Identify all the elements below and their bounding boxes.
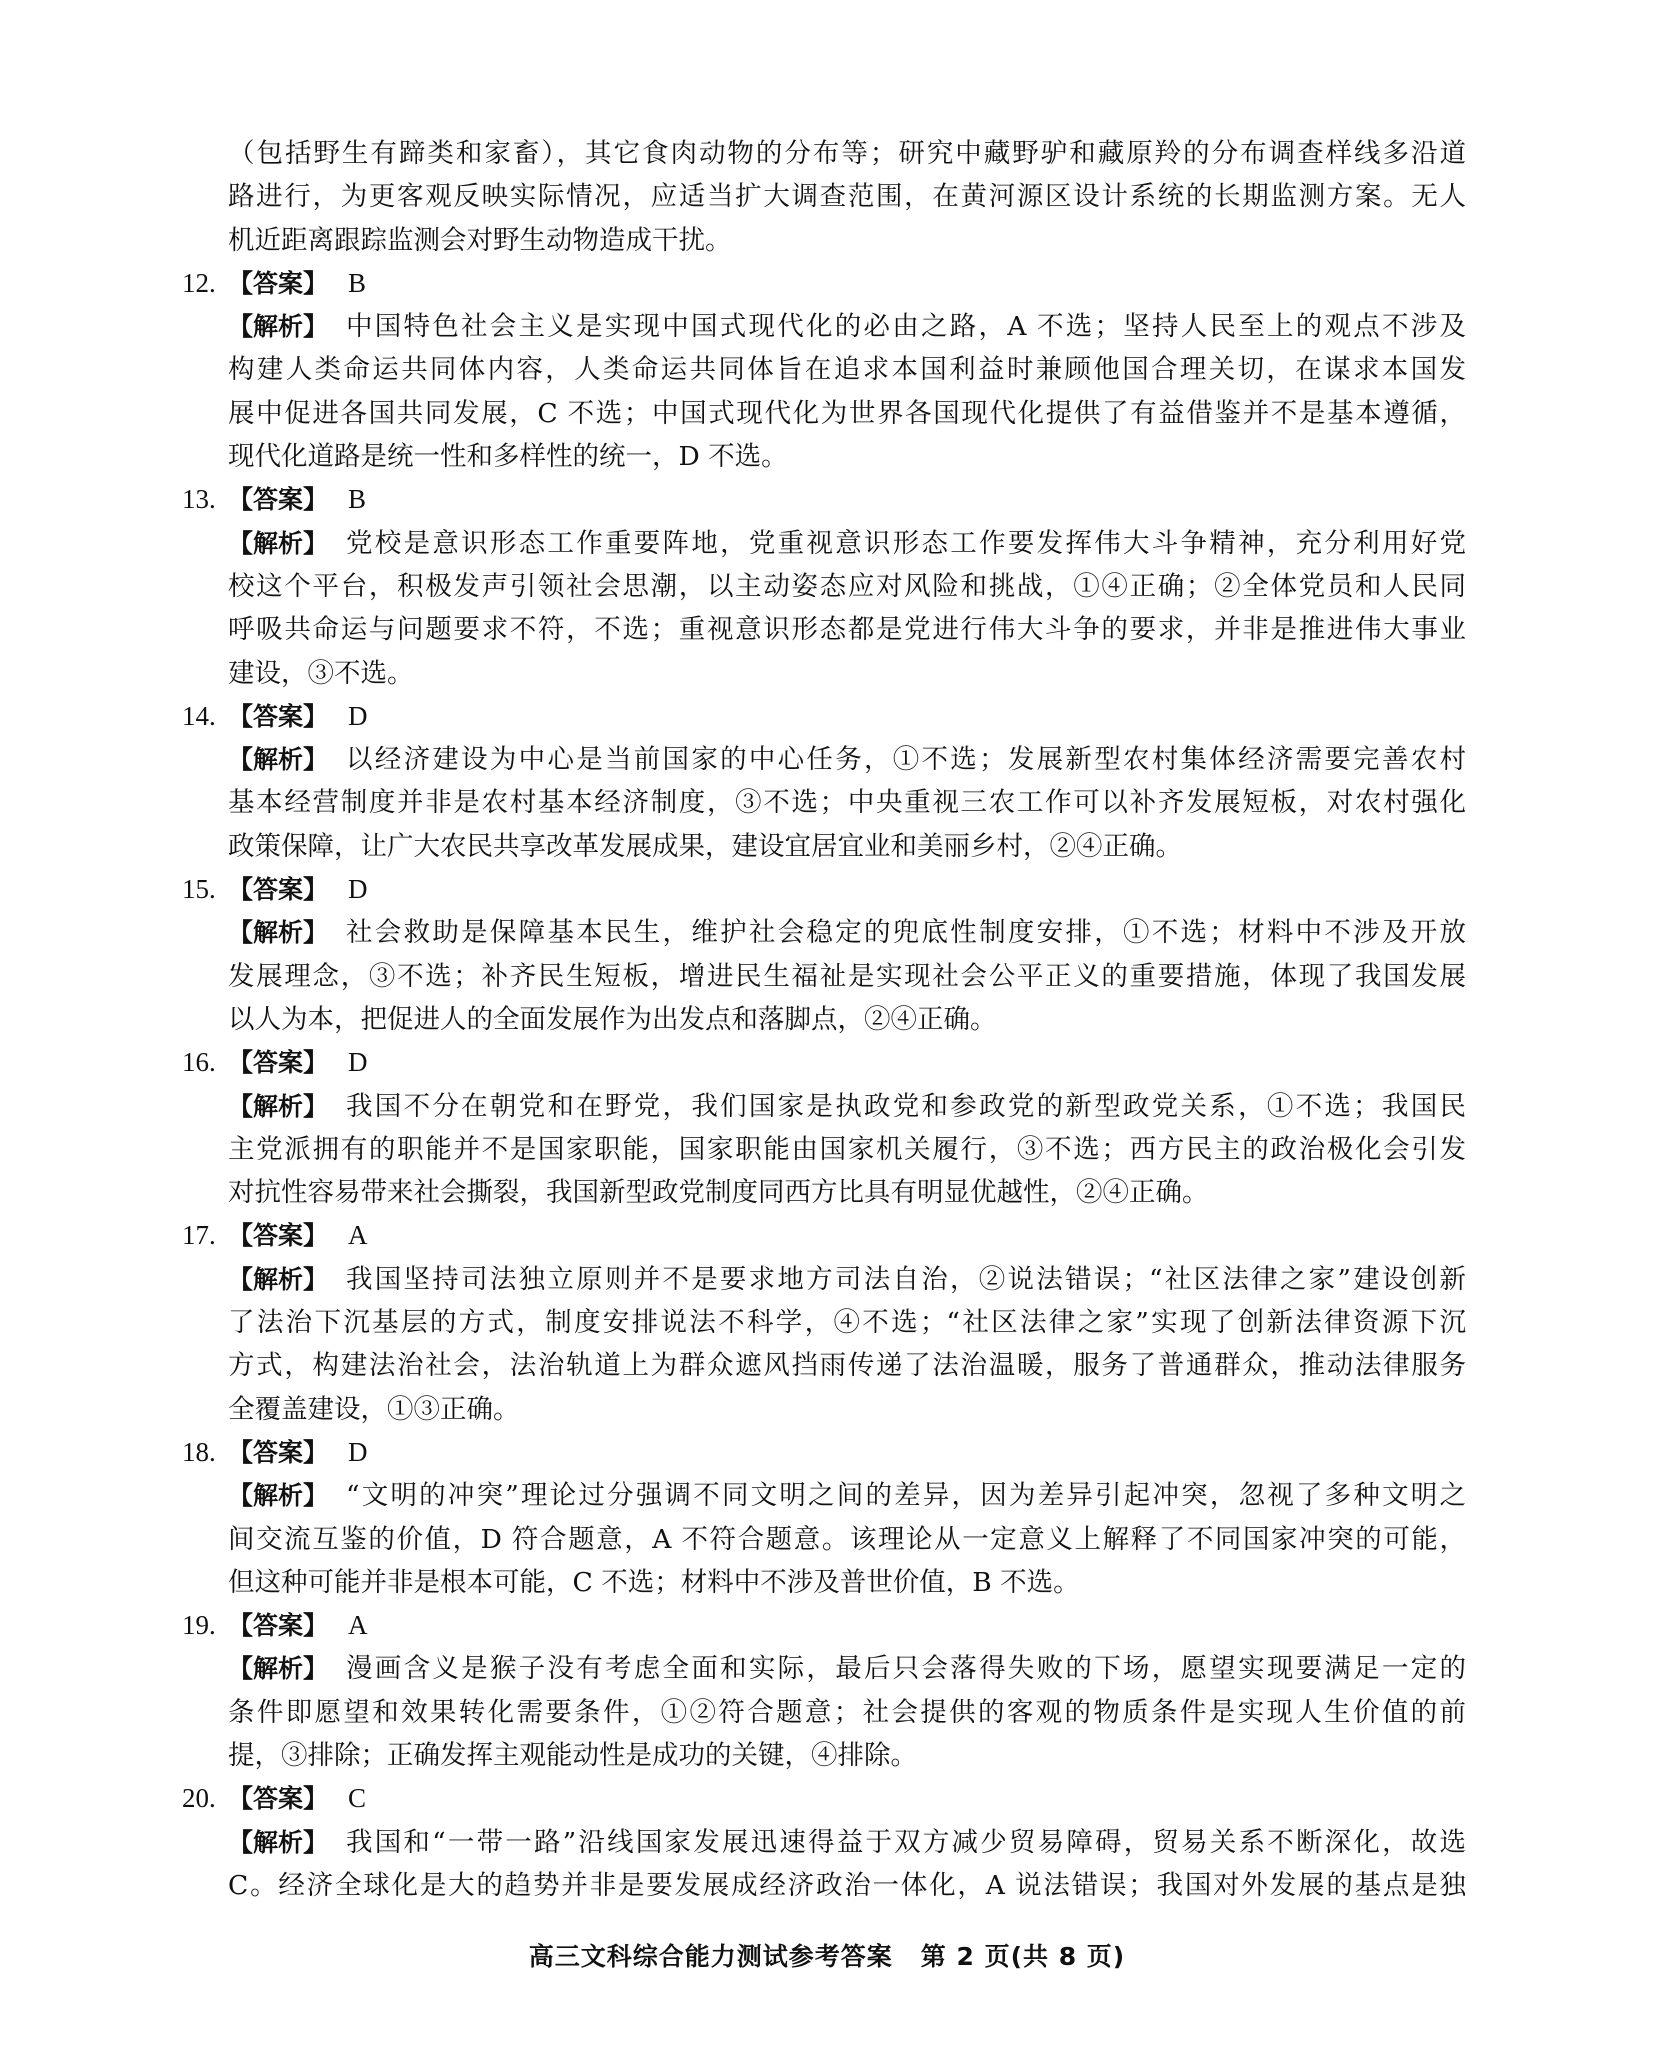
text-line: 路进行，为更客观反映实际情况，应适当扩大调查范围，在黄河源区设计系统的长期监测方…	[228, 175, 1466, 218]
answer-row: 12.【答案】B	[228, 262, 1466, 305]
analysis-label: 【解析】	[228, 522, 328, 565]
intro-paragraph: （包括野生有蹄类和家畜），其它食肉动物的分布等；研究中藏野驴和藏原羚的分布调查样…	[228, 132, 1466, 262]
answer-label: 【答案】	[228, 1611, 328, 1640]
analysis-line: 构建人类命运共同体内容，人类命运共同体旨在追求本国利益时兼顾他国合理关切，在谋求…	[228, 348, 1466, 391]
answer-value: A	[348, 1610, 368, 1640]
answer-value: D	[348, 1437, 368, 1467]
analysis-text: 党校是意识形态工作重要阵地，党重视意识形态工作要发挥伟大斗争精神，充分利用好党	[346, 522, 1466, 565]
question-number: 16.	[182, 1041, 216, 1084]
answer-row: 18.【答案】D	[228, 1431, 1466, 1474]
question-item: 18.【答案】D【解析】“文明的冲突”理论过分强调不同文明之间的差异，因为差异引…	[228, 1431, 1466, 1604]
question-number: 17.	[182, 1214, 216, 1257]
answer-label: 【答案】	[228, 1221, 328, 1250]
answer-row: 17.【答案】A	[228, 1214, 1466, 1257]
analysis-label: 【解析】	[228, 1258, 328, 1301]
question-item: 12.【答案】B【解析】中国特色社会主义是实现中国式现代化的必由之路，A 不选；…	[228, 262, 1466, 478]
analysis-line: 政策保障，让广大农民共享改革发展成果，建设宜居宜业和美丽乡村，②④正确。	[228, 825, 1466, 868]
question-item: 16.【答案】D【解析】我国不分在朝党和在野党，我们国家是执政党和参政党的新型政…	[228, 1041, 1466, 1214]
analysis-first-line: 【解析】我国和“一带一路”沿线国家发展迅速得益于双方减少贸易障碍，贸易关系不断深…	[228, 1821, 1466, 1864]
answer-row: 14.【答案】D	[228, 695, 1466, 738]
analysis-line: 对抗性容易带来社会撕裂，我国新型政党制度同西方比具有明显优越性，②④正确。	[228, 1171, 1466, 1214]
analysis-line: C。经济全球化是大的趋势并非是要发展成经济政治一体化，A 说法错误；我国对外发展…	[228, 1864, 1466, 1907]
question-item: 14.【答案】D【解析】以经济建设为中心是当前国家的中心任务，①不选；发展新型农…	[228, 695, 1466, 868]
analysis-label: 【解析】	[228, 738, 328, 781]
answer-value: B	[348, 484, 366, 514]
analysis-first-line: 【解析】中国特色社会主义是实现中国式现代化的必由之路，A 不选；坚持人民至上的观…	[228, 305, 1466, 348]
question-item: 19.【答案】A【解析】漫画含义是猴子没有考虑全面和实际，最后只会落得失败的下场…	[228, 1604, 1466, 1777]
analysis-text: 中国特色社会主义是实现中国式现代化的必由之路，A 不选；坚持人民至上的观点不涉及	[346, 305, 1466, 348]
question-number: 15.	[182, 868, 216, 911]
analysis-first-line: 【解析】漫画含义是猴子没有考虑全面和实际，最后只会落得失败的下场，愿望实现要满足…	[228, 1647, 1466, 1690]
analysis-line: 发展理念，③不选；补齐民生短板，增进民生福祉是实现社会公平正义的重要措施，体现了…	[228, 955, 1466, 998]
analysis-line: 主党派拥有的职能并不是国家职能，国家职能由国家机关履行，③不选；西方民主的政治极…	[228, 1128, 1466, 1171]
analysis-line: 以人为本，把促进人的全面发展作为出发点和落脚点，②④正确。	[228, 998, 1466, 1041]
analysis-text: 我国不分在朝党和在野党，我们国家是执政党和参政党的新型政党关系，①不选；我国民	[346, 1085, 1466, 1128]
analysis-label: 【解析】	[228, 1647, 328, 1690]
page-footer: 高三文科综合能力测试参考答案第 2 页(共 8 页)	[0, 1937, 1654, 1973]
answer-value: A	[348, 1220, 368, 1250]
analysis-label: 【解析】	[228, 1085, 328, 1128]
answer-label: 【答案】	[228, 702, 328, 731]
analysis-line: 方式，构建法治社会，法治轨道上为群众遮风挡雨传递了法治温暖，服务了普通群众，推动…	[228, 1344, 1466, 1387]
analysis-label: 【解析】	[228, 1821, 328, 1864]
analysis-text: 我国和“一带一路”沿线国家发展迅速得益于双方减少贸易障碍，贸易关系不断深化，故选	[346, 1821, 1466, 1864]
analysis-text: 社会救助是保障基本民生，维护社会稳定的兜底性制度安排，①不选；材料中不涉及开放	[346, 911, 1466, 954]
answer-row: 15.【答案】D	[228, 868, 1466, 911]
question-list: 12.【答案】B【解析】中国特色社会主义是实现中国式现代化的必由之路，A 不选；…	[228, 262, 1466, 1907]
analysis-line: 呼吸共命运与问题要求不符，不选；重视意识形态都是党进行伟大斗争的要求，并非是推进…	[228, 608, 1466, 651]
question-item: 20.【答案】C【解析】我国和“一带一路”沿线国家发展迅速得益于双方减少贸易障碍…	[228, 1777, 1466, 1907]
analysis-text: 漫画含义是猴子没有考虑全面和实际，最后只会落得失败的下场，愿望实现要满足一定的	[346, 1647, 1466, 1690]
answer-row: 13.【答案】B	[228, 478, 1466, 521]
analysis-line: 但这种可能并非是根本可能，C 不选；材料中不涉及普世价值，B 不选。	[228, 1561, 1466, 1604]
question-number: 13.	[182, 478, 216, 521]
text-line: （包括野生有蹄类和家畜），其它食肉动物的分布等；研究中藏野驴和藏原羚的分布调查样…	[228, 132, 1466, 175]
answer-value: C	[348, 1783, 366, 1813]
page-content: （包括野生有蹄类和家畜），其它食肉动物的分布等；研究中藏野驴和藏原羚的分布调查样…	[228, 132, 1466, 1907]
analysis-label: 【解析】	[228, 911, 328, 954]
analysis-line: 基本经营制度并非是农村基本经济制度，③不选；中央重视三农工作可以补齐发展短板，对…	[228, 781, 1466, 824]
question-item: 17.【答案】A【解析】我国坚持司法独立原则并不是要求地方司法自治，②说法错误；…	[228, 1214, 1466, 1430]
question-item: 15.【答案】D【解析】社会救助是保障基本民生，维护社会稳定的兜底性制度安排，①…	[228, 868, 1466, 1041]
question-item: 13.【答案】B【解析】党校是意识形态工作重要阵地，党重视意识形态工作要发挥伟大…	[228, 478, 1466, 694]
question-number: 12.	[182, 262, 216, 305]
analysis-label: 【解析】	[228, 305, 328, 348]
answer-row: 20.【答案】C	[228, 1777, 1466, 1820]
analysis-text: 以经济建设为中心是当前国家的中心任务，①不选；发展新型农村集体经济需要完善农村	[346, 738, 1466, 781]
analysis-first-line: 【解析】“文明的冲突”理论过分强调不同文明之间的差异，因为差异引起冲突，忽视了多…	[228, 1474, 1466, 1517]
answer-label: 【答案】	[228, 485, 328, 514]
analysis-first-line: 【解析】以经济建设为中心是当前国家的中心任务，①不选；发展新型农村集体经济需要完…	[228, 738, 1466, 781]
answer-row: 16.【答案】D	[228, 1041, 1466, 1084]
analysis-line: 间交流互鉴的价值，D 符合题意，A 不符合题意。该理论从一定意义上解释了不同国家…	[228, 1518, 1466, 1561]
analysis-line: 了法治下沉基层的方式，制度安排说法不科学，④不选；“社区法律之家”实现了创新法律…	[228, 1301, 1466, 1344]
answer-value: D	[348, 1047, 368, 1077]
text-line: 机近距离跟踪监测会对野生动物造成干扰。	[228, 219, 1466, 262]
analysis-text: “文明的冲突”理论过分强调不同文明之间的差异，因为差异引起冲突，忽视了多种文明之	[346, 1474, 1466, 1517]
answer-label: 【答案】	[228, 875, 328, 904]
answer-label: 【答案】	[228, 1438, 328, 1467]
answer-label: 【答案】	[228, 269, 328, 298]
answer-value: D	[348, 874, 368, 904]
answer-row: 19.【答案】A	[228, 1604, 1466, 1647]
analysis-label: 【解析】	[228, 1474, 328, 1517]
analysis-first-line: 【解析】我国坚持司法独立原则并不是要求地方司法自治，②说法错误；“社区法律之家”…	[228, 1258, 1466, 1301]
analysis-line: 建设，③不选。	[228, 652, 1466, 695]
analysis-first-line: 【解析】我国不分在朝党和在野党，我们国家是执政党和参政党的新型政党关系，①不选；…	[228, 1085, 1466, 1128]
analysis-line: 提，③排除；正确发挥主观能动性是成功的关键，④排除。	[228, 1734, 1466, 1777]
answer-value: B	[348, 268, 366, 298]
question-number: 20.	[182, 1777, 216, 1820]
footer-title: 高三文科综合能力测试参考答案	[529, 1942, 893, 1971]
analysis-line: 现代化道路是统一性和多样性的统一，D 不选。	[228, 435, 1466, 478]
analysis-line: 条件即愿望和效果转化需要条件，①②符合题意；社会提供的客观的物质条件是实现人生价…	[228, 1691, 1466, 1734]
document-page: （包括野生有蹄类和家畜），其它食肉动物的分布等；研究中藏野驴和藏原羚的分布调查样…	[0, 0, 1654, 2048]
analysis-text: 我国坚持司法独立原则并不是要求地方司法自治，②说法错误；“社区法律之家”建设创新	[346, 1258, 1466, 1301]
analysis-line: 校这个平台，积极发声引领社会思潮，以主动姿态应对风险和挑战，①④正确；②全体党员…	[228, 565, 1466, 608]
footer-page-number: 第 2 页(共 8 页)	[921, 1942, 1125, 1971]
question-number: 18.	[182, 1431, 216, 1474]
analysis-line: 展中促进各国共同发展，C 不选；中国式现代化为世界各国现代化提供了有益借鉴并不是…	[228, 392, 1466, 435]
analysis-first-line: 【解析】党校是意识形态工作重要阵地，党重视意识形态工作要发挥伟大斗争精神，充分利…	[228, 522, 1466, 565]
question-number: 14.	[182, 695, 216, 738]
answer-label: 【答案】	[228, 1784, 328, 1813]
analysis-first-line: 【解析】社会救助是保障基本民生，维护社会稳定的兜底性制度安排，①不选；材料中不涉…	[228, 911, 1466, 954]
analysis-line: 全覆盖建设，①③正确。	[228, 1388, 1466, 1431]
question-number: 19.	[182, 1604, 216, 1647]
answer-label: 【答案】	[228, 1048, 328, 1077]
answer-value: D	[348, 701, 368, 731]
